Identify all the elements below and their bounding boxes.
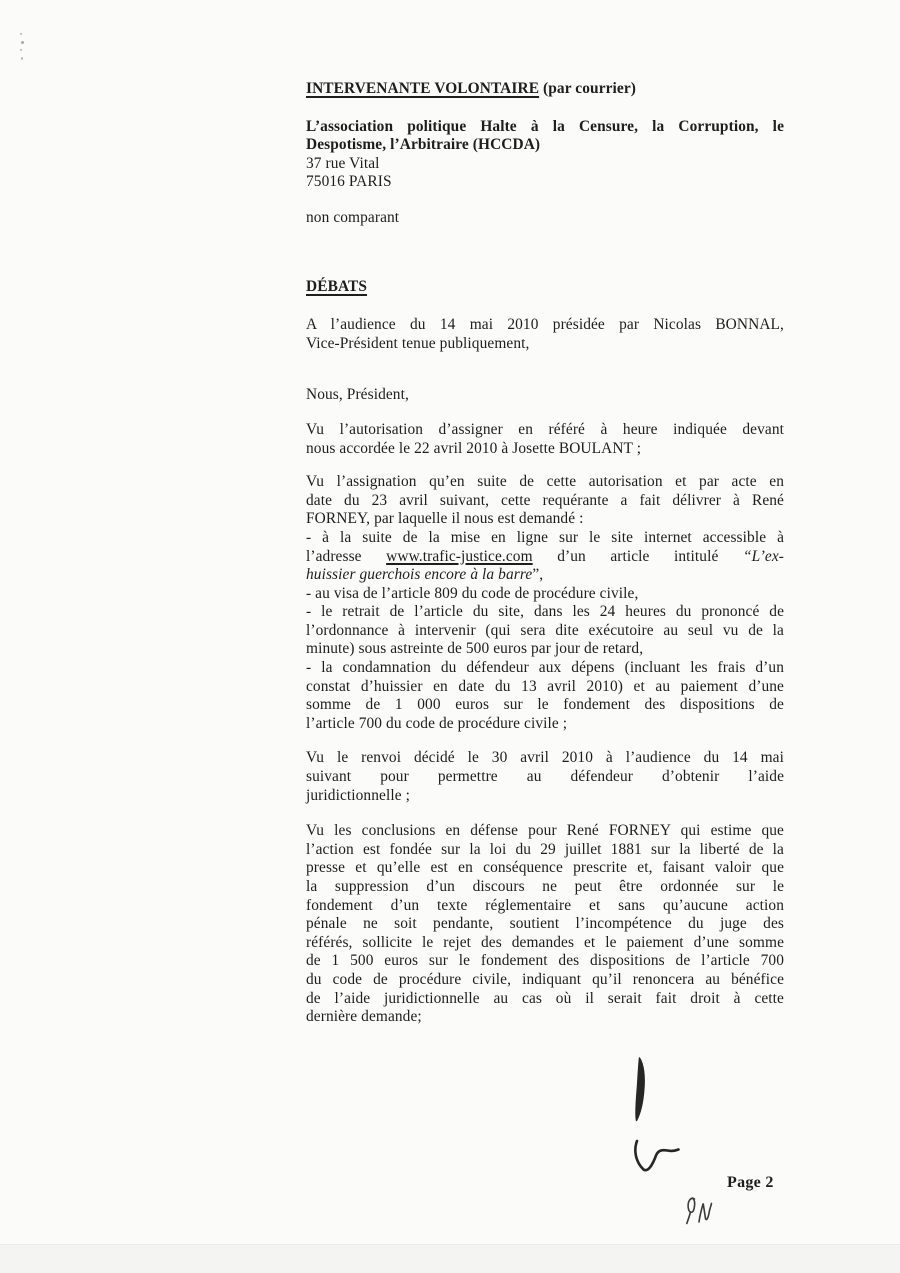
text-line: l’action est fondée sur la loi du 29 jui… <box>306 841 784 860</box>
text-line: FORNEY, par laquelle il nous est demandé… <box>306 510 784 529</box>
text-segment: 75016 PARIS <box>306 173 392 190</box>
text-line: non comparant <box>306 209 784 228</box>
text-segment: DÉBATS <box>306 278 367 295</box>
text-line: 37 rue Vital <box>306 155 784 174</box>
text-line: - la condamnation du défendeur aux dépen… <box>306 659 784 678</box>
text-segment: pénale ne soit pendante, soutient l’inco… <box>306 915 784 932</box>
vu-renvoi-paragraph: Vu le renvoi décidé le 30 avril 2010 à l… <box>306 749 784 805</box>
text-segment: Despotisme, l’Arbitraire (HCCDA) <box>306 136 540 153</box>
text-segment: Vu le renvoi décidé le 30 avril 2010 à l… <box>306 749 784 766</box>
text-segment: A l’audience du 14 mai 2010 présidée par… <box>306 316 784 333</box>
text-segment: FORNEY, par laquelle il nous est demandé… <box>306 510 583 527</box>
scan-speck <box>21 41 24 44</box>
text-segment: l’action est fondée sur la loi du 29 jui… <box>306 841 784 858</box>
text-line: la suppression d’un discours ne peut êtr… <box>306 878 784 897</box>
text-segment: Vu l’assignation qu’en suite de cette au… <box>306 473 784 490</box>
text-line: Vu l’assignation qu’en suite de cette au… <box>306 473 784 492</box>
text-line: référés, sollicite le rejet des demandes… <box>306 934 784 953</box>
text-segment: - à la suite de la mise en ligne sur le … <box>306 529 784 546</box>
text-segment: minute) sous astreinte de 500 euros par … <box>306 640 643 657</box>
text-segment: l’adresse <box>306 548 386 565</box>
text-segment: dernière demande; <box>306 1008 422 1025</box>
scan-speck <box>20 33 22 35</box>
text-line: A l’audience du 14 mai 2010 présidée par… <box>306 316 784 335</box>
text-line: Vu le renvoi décidé le 30 avril 2010 à l… <box>306 749 784 768</box>
text-line: presse et qu’elle est en conséquence pre… <box>306 859 784 878</box>
text-segment: l’ordonnance à intervenir (qui sera dite… <box>306 622 784 639</box>
intervenante-heading: INTERVENANTE VOLONTAIRE (par courrier) <box>306 80 784 99</box>
text-line: constat d’huissier en date du 13 avril 2… <box>306 678 784 697</box>
text-segment: date du 23 avril suivant, cette requéran… <box>306 492 784 509</box>
text-line: Nous, Président, <box>306 386 784 405</box>
text-segment: Vu l’autorisation d’assigner en référé à… <box>306 421 784 438</box>
text-segment: (par courrier) <box>539 80 636 97</box>
text-line: l’article 700 du code de procédure civil… <box>306 715 784 734</box>
text-line: - au visa de l’article 809 du code de pr… <box>306 585 784 604</box>
text-line: huissier guerchois encore à la barre”, <box>306 566 784 585</box>
text-segment: L’association politique Halte à la Censu… <box>306 118 784 135</box>
text-segment: du code de procédure civile, indiquant q… <box>306 971 784 988</box>
debats-heading: DÉBATS <box>306 278 784 297</box>
scanned-page: INTERVENANTE VOLONTAIRE (par courrier)L’… <box>0 0 900 1273</box>
text-segment: suivant pour permettre au défendeur d’ob… <box>306 768 784 785</box>
document-body: INTERVENANTE VOLONTAIRE (par courrier)L’… <box>306 80 784 1027</box>
text-segment: Vice-Président tenue publiquement, <box>306 335 529 352</box>
scan-speck <box>20 49 22 51</box>
text-line: INTERVENANTE VOLONTAIRE (par courrier) <box>306 80 784 99</box>
text-line: pénale ne soit pendante, soutient l’inco… <box>306 915 784 934</box>
text-segment: constat d’huissier en date du 13 avril 2… <box>306 678 784 695</box>
text-line: 75016 PARIS <box>306 173 784 192</box>
text-segment: nous accordée le 22 avril 2010 à Josette… <box>306 440 641 457</box>
text-line: minute) sous astreinte de 500 euros par … <box>306 640 784 659</box>
text-segment: la suppression d’un discours ne peut êtr… <box>306 878 784 895</box>
text-segment: - le retrait de l’article du site, dans … <box>306 603 784 620</box>
text-line: DÉBATS <box>306 278 784 297</box>
text-segment: 37 rue Vital <box>306 155 380 172</box>
handwritten-stroke-icon <box>636 1058 644 1121</box>
text-line: de 1 500 euros sur le fondement des disp… <box>306 952 784 971</box>
text-segment: - au visa de l’article 809 du code de pr… <box>306 585 638 602</box>
text-segment: Vu les conclusions en défense pour René … <box>306 822 784 839</box>
text-segment: presse et qu’elle est en conséquence pre… <box>306 859 784 876</box>
vu-assignation-paragraph: Vu l’assignation qu’en suite de cette au… <box>306 473 784 733</box>
text-line: fondement d’un texte réglementaire et sa… <box>306 897 784 916</box>
text-line: dernière demande; <box>306 1008 784 1027</box>
text-line: - à la suite de la mise en ligne sur le … <box>306 529 784 548</box>
text-segment: huissier guerchois encore à la barre <box>306 566 532 583</box>
text-segment: l’article 700 du code de procédure civil… <box>306 715 567 732</box>
vu-conclusions-paragraph: Vu les conclusions en défense pour René … <box>306 822 784 1027</box>
text-line: l’adresse www.trafic-justice.com d’un ar… <box>306 548 784 567</box>
text-segment: juridictionnelle ; <box>306 787 410 804</box>
nous-president-paragraph: Nous, Président, <box>306 386 784 405</box>
vu-autorisation-paragraph: Vu l’autorisation d’assigner en référé à… <box>306 421 784 458</box>
text-line: suivant pour permettre au défendeur d’ob… <box>306 768 784 787</box>
audience-paragraph: A l’audience du 14 mai 2010 présidée par… <box>306 316 784 353</box>
text-segment: INTERVENANTE VOLONTAIRE <box>306 80 539 97</box>
text-segment: référés, sollicite le rejet des demandes… <box>306 934 784 951</box>
text-segment: fondement d’un texte réglementaire et sa… <box>306 897 784 914</box>
scan-bottom-edge <box>0 1244 900 1273</box>
text-line: du code de procédure civile, indiquant q… <box>306 971 784 990</box>
text-line: L’association politique Halte à la Censu… <box>306 118 784 137</box>
text-line: date du 23 avril suivant, cette requéran… <box>306 492 784 511</box>
text-segment: “L’ex- <box>743 548 784 565</box>
handwritten-checkmark-icon <box>635 1141 678 1170</box>
text-segment: de 1 500 euros sur le fondement des disp… <box>306 952 784 969</box>
text-segment: ”, <box>532 566 543 583</box>
text-segment: de l’aide juridictionnelle au cas où il … <box>306 990 784 1007</box>
page-number-label: Page 2 <box>727 1174 774 1192</box>
association-name-block: L’association politique Halte à la Censu… <box>306 118 784 155</box>
non-comparant-note: non comparant <box>306 209 784 228</box>
address-street: 37 rue Vital <box>306 155 784 174</box>
text-line: nous accordée le 22 avril 2010 à Josette… <box>306 440 784 459</box>
text-line: Vice-Président tenue publiquement, <box>306 335 784 354</box>
handwritten-initials-icon <box>687 1198 712 1224</box>
scan-speck <box>21 57 23 60</box>
text-line: Vu les conclusions en défense pour René … <box>306 822 784 841</box>
text-line: juridictionnelle ; <box>306 787 784 806</box>
url-text: www.trafic-justice.com <box>386 548 533 565</box>
text-line: l’ordonnance à intervenir (qui sera dite… <box>306 622 784 641</box>
text-line: somme de 1 000 euros sur le fondement de… <box>306 696 784 715</box>
text-segment: somme de 1 000 euros sur le fondement de… <box>306 696 784 713</box>
text-segment: d’un article intitulé <box>533 548 743 565</box>
text-line: Despotisme, l’Arbitraire (HCCDA) <box>306 136 784 155</box>
address-city: 75016 PARIS <box>306 173 784 192</box>
text-segment: Nous, Président, <box>306 386 409 403</box>
text-segment: non comparant <box>306 209 399 226</box>
text-line: Vu l’autorisation d’assigner en référé à… <box>306 421 784 440</box>
text-segment: - la condamnation du défendeur aux dépen… <box>306 659 784 676</box>
text-line: - le retrait de l’article du site, dans … <box>306 603 784 622</box>
text-line: de l’aide juridictionnelle au cas où il … <box>306 990 784 1009</box>
